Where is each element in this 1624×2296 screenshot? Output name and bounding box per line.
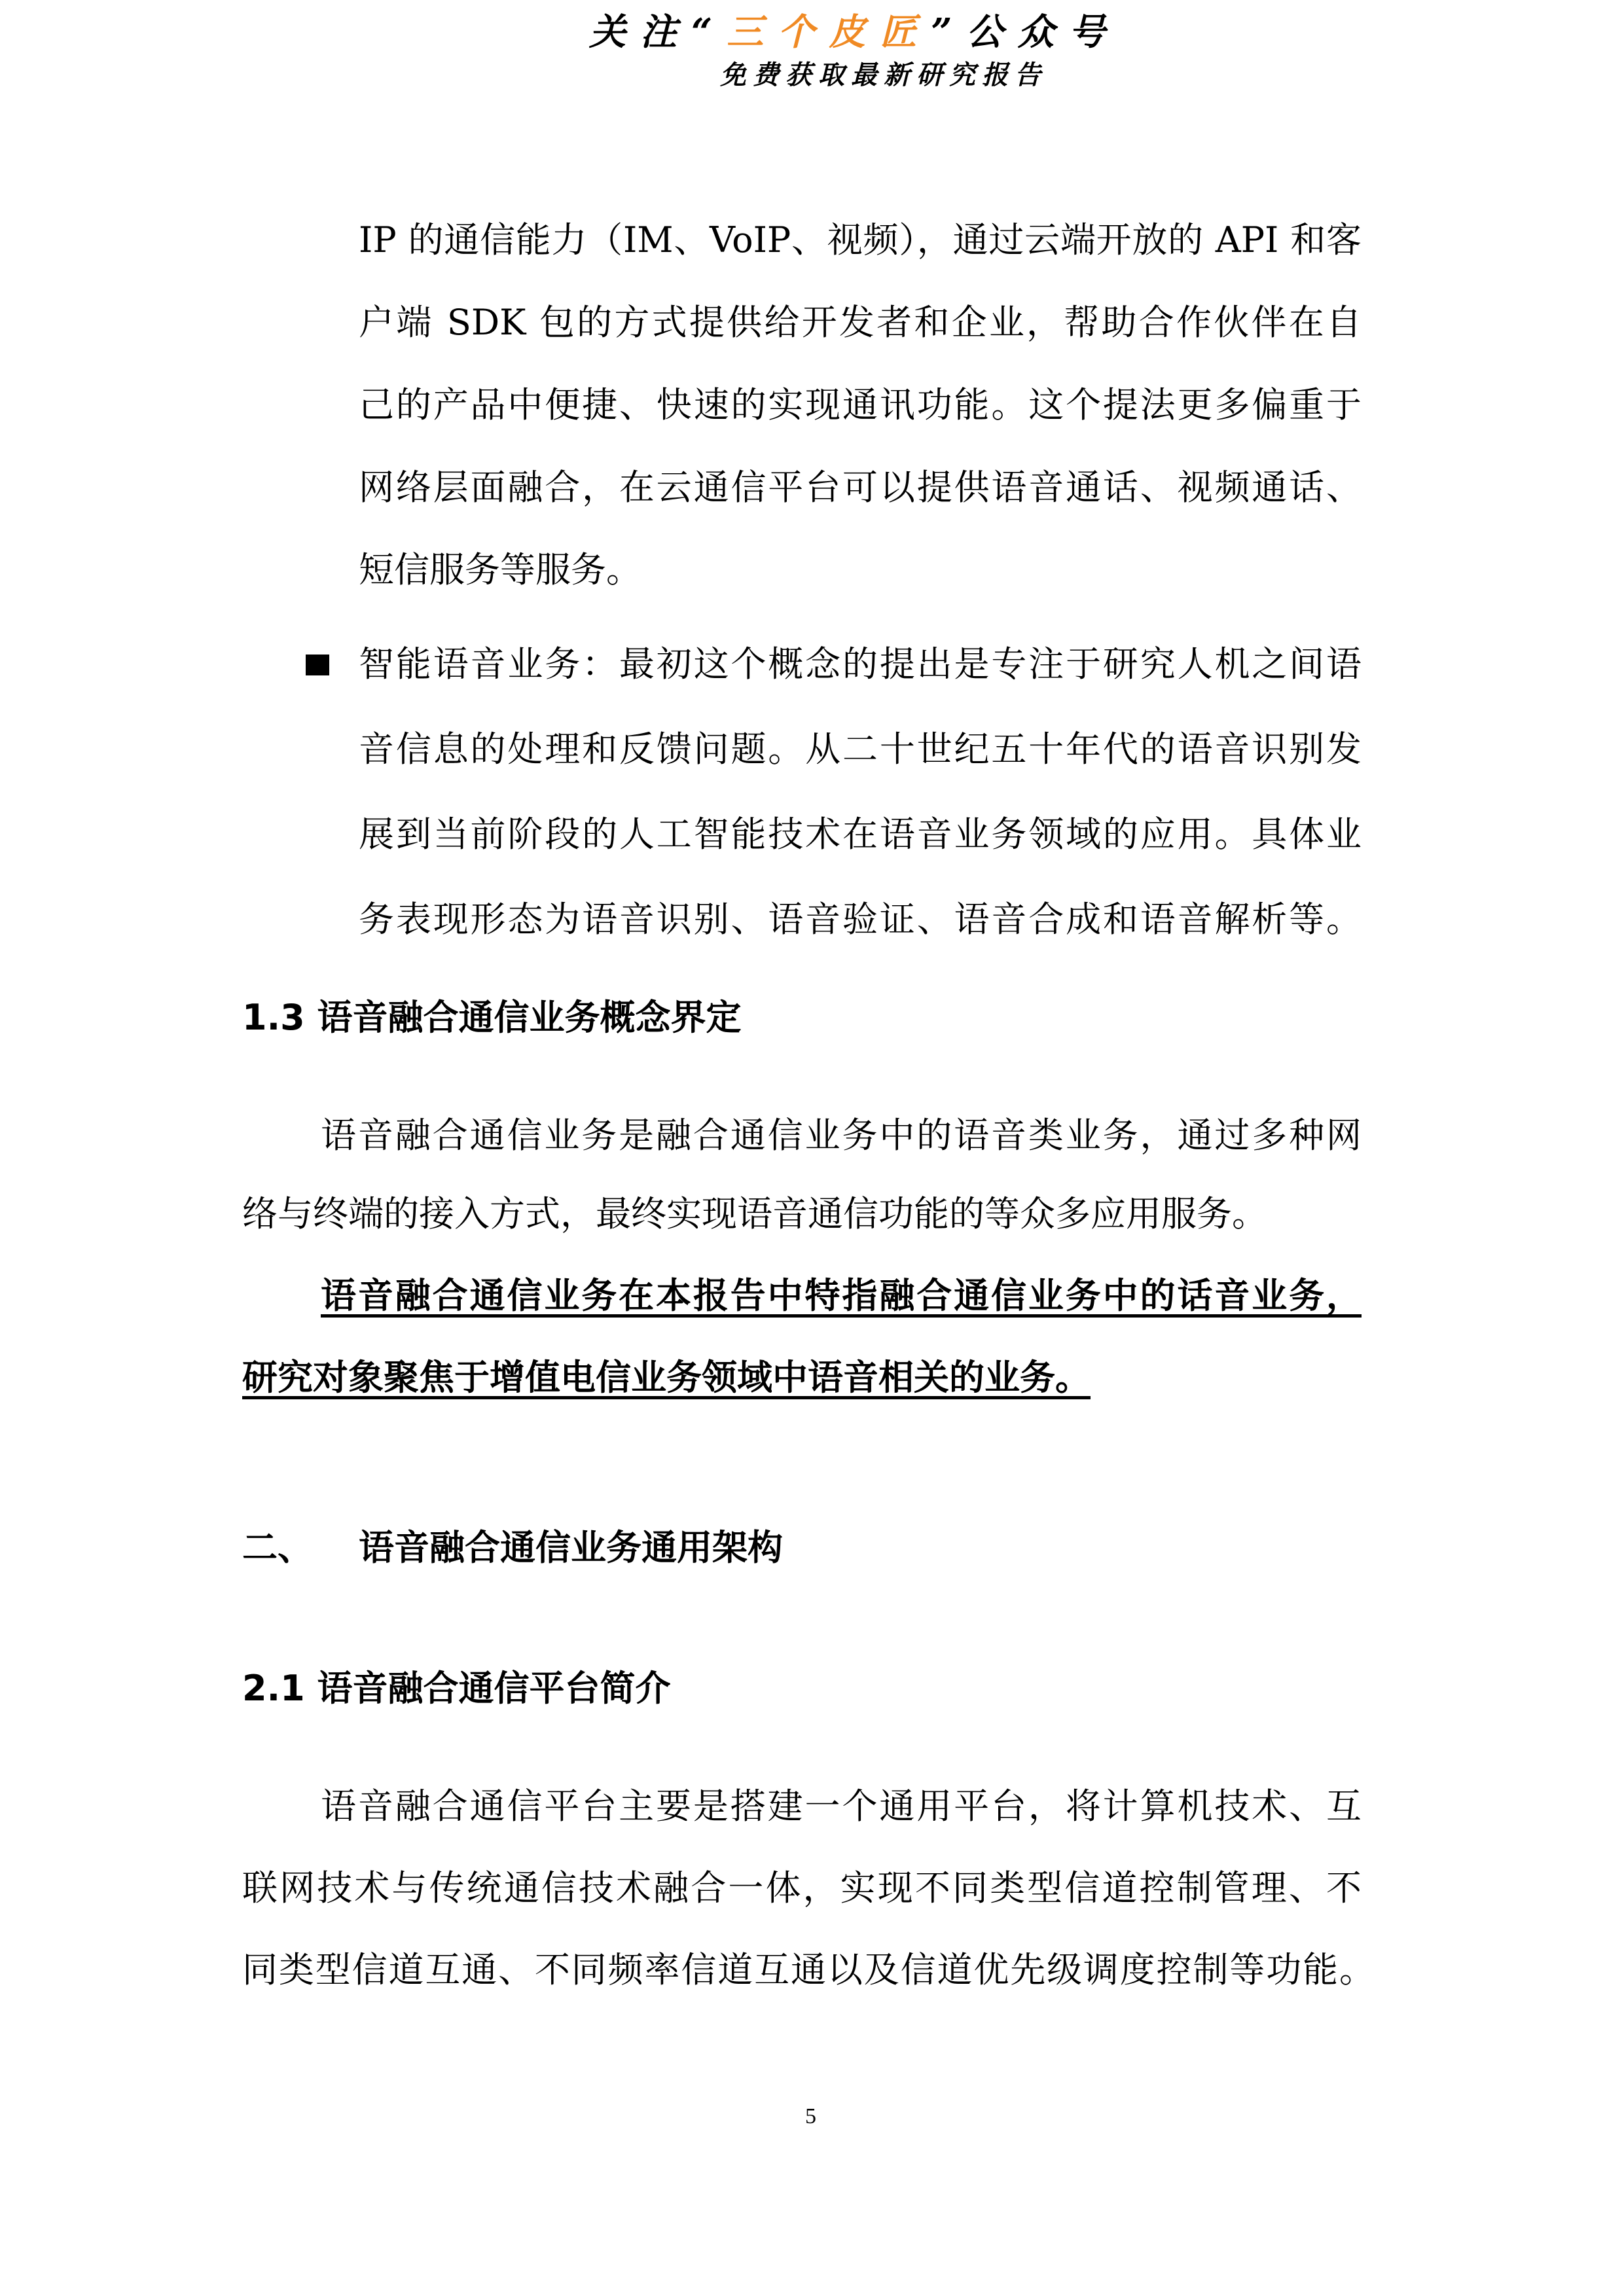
body-text-line: 短信服务等服务。 bbox=[359, 547, 641, 593]
body-text-line: 己的产品中便捷、快速的实现通讯功能。这个提法更多偏重于 bbox=[359, 382, 1362, 428]
bullet-text-line: 音信息的处理和反馈问题。从二十世纪五十年代的语音识别发 bbox=[359, 726, 1362, 772]
header-promo-line1: 关注“三个皮匠”公众号 bbox=[589, 9, 1047, 55]
paragraph-line: 同类型信道互通、不同频率信道互通以及信道优先级调度控制等功能。 bbox=[242, 1947, 1375, 1993]
body-text-line: 网络层面融合，在云通信平台可以提供语音通话、视频通话、 bbox=[359, 465, 1362, 511]
bullet-text-line: 智能语音业务：最初这个概念的提出是专注于研究人机之间语 bbox=[359, 641, 1362, 687]
paragraph-line: 络与终端的接入方式，最终实现语音通信功能的等众多应用服务。 bbox=[242, 1191, 1267, 1237]
header-accent-name: 三个皮匠 bbox=[727, 10, 931, 54]
paragraph-line: 语音融合通信平台主要是搭建一个通用平台，将计算机技术、互 bbox=[321, 1784, 1362, 1829]
emphasis-paragraph-line: 语音融合通信业务在本报告中特指融合通信业务中的话音业务， bbox=[321, 1273, 1362, 1319]
header-prefix: 关注“ bbox=[589, 10, 727, 54]
paragraph-line: 联网技术与传统通信技术融合一体，实现不同类型信道控制管理、不 bbox=[242, 1865, 1362, 1911]
paragraph-line: 语音融合通信业务是融合通信业务中的语音类业务，通过多种网 bbox=[321, 1113, 1362, 1158]
body-text-line: 户端 SDK 包的方式提供给开发者和企业，帮助合作伙伴在自 bbox=[359, 300, 1362, 346]
header-suffix: ”公众号 bbox=[931, 10, 1119, 54]
body-text-line: IP 的通信能力（IM、VoIP、视频），通过云端开放的 API 和客 bbox=[359, 217, 1362, 263]
section-heading-1-3: 1.3 语音融合通信业务概念界定 bbox=[242, 995, 741, 1041]
chapter-title: 语音融合通信业务通用架构 bbox=[359, 1525, 783, 1571]
square-bullet-icon bbox=[306, 655, 329, 675]
section-heading-2-1: 2.1 语音融合通信平台简介 bbox=[242, 1666, 670, 1712]
chapter-number: 二、 bbox=[242, 1525, 313, 1571]
header-promo-line2: 免费获取最新研究报告 bbox=[720, 59, 1021, 92]
document-page: 关注“三个皮匠”公众号 免费获取最新研究报告 IP 的通信能力（IM、VoIP、… bbox=[0, 0, 1624, 2296]
emphasis-paragraph-line: 研究对象聚焦于增值电信业务领域中语音相关的业务。 bbox=[242, 1355, 1091, 1401]
page-number: 5 bbox=[805, 2104, 816, 2129]
bullet-text-line: 务表现形态为语音识别、语音验证、语音合成和语音解析等。 bbox=[359, 897, 1362, 942]
bullet-text-line: 展到当前阶段的人工智能技术在语音业务领域的应用。具体业 bbox=[359, 812, 1362, 857]
